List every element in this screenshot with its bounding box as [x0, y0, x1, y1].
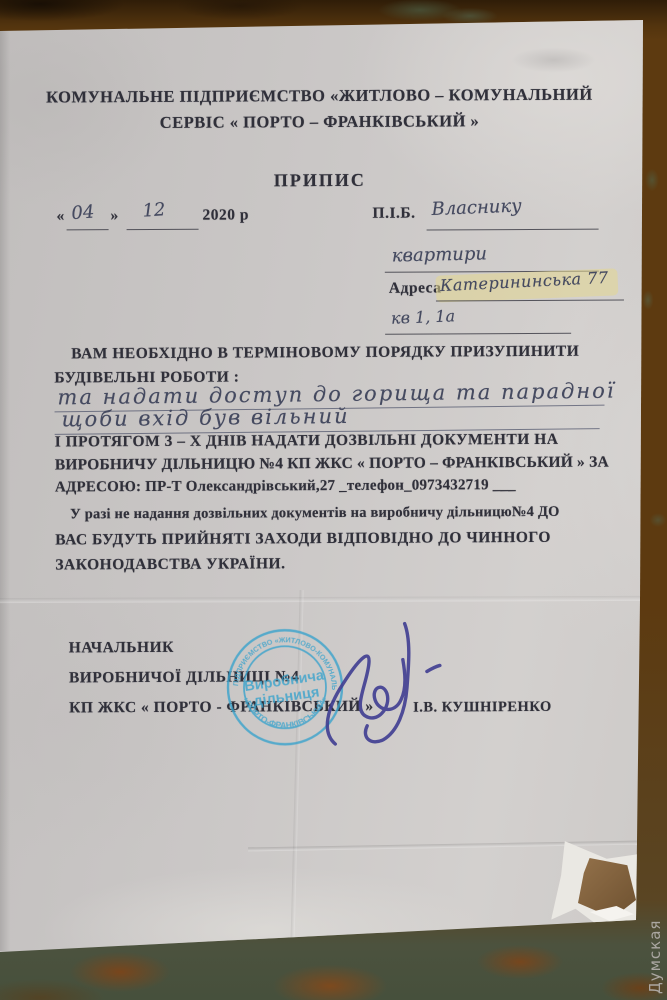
address-blank-line — [436, 299, 624, 301]
demand-paragraph-line-1: ВАМ НЕОБХІДНО В ТЕРМІНОВОМУ ПОРЯДКУ ПРИЗ… — [71, 343, 579, 364]
photo-of-posted-notice: КОМУНАЛЬНЕ ПІДПРИЄМСТВО «ЖИТЛОВО – КОМУН… — [0, 0, 667, 1000]
signature-autograph — [313, 611, 454, 752]
deadline-paragraph-line-3: АДРЕСОЮ: ПР-Т Олександрівський,27 _телеф… — [55, 477, 516, 496]
document-title: ПРИПИС — [0, 168, 641, 192]
recipient-blank-line — [427, 229, 599, 231]
date-quote-open: « — [56, 207, 64, 225]
warning-paragraph-line-1: У разі не надання дозвільних документів … — [70, 504, 560, 524]
org-name-line-2: СЕРВІС « ПОРТО – ФРАНКІВСЬКИЙ » — [0, 110, 641, 133]
recipient-handwritten-line-1: Власнику — [431, 195, 522, 220]
document-content: КОМУНАЛЬНЕ ПІДПРИЄМСТВО «ЖИТЛОВО – КОМУН… — [0, 0, 667, 1000]
apartment-blank-line — [385, 333, 571, 335]
signature-stroke-dash — [427, 665, 440, 671]
date-quote-close: » — [110, 207, 118, 225]
date-day-handwritten: 04 — [71, 201, 95, 224]
deadline-paragraph-line-1: І ПРОТЯГОМ 3 – Х ДНІВ НАДАТИ ДОЗВІЛЬНІ Д… — [55, 431, 559, 452]
date-month-blank-line — [127, 229, 199, 230]
signatory-position-line-1: НАЧАЛЬНИК — [69, 639, 174, 658]
press-watermark: Думская — [646, 886, 664, 994]
date-year: 2020 р — [202, 206, 249, 224]
warning-paragraph-line-2: ВАС БУДУТЬ ПРИЙНЯТІ ЗАХОДИ ВІДПОВІДНО ДО… — [55, 529, 551, 550]
address-label: Адреса — [389, 279, 442, 297]
recipient-label: П.І.Б. — [372, 205, 415, 223]
signature-stroke-tail — [365, 624, 409, 742]
handwritten-note-line-2: щоби вхід був вільний — [61, 404, 349, 432]
deadline-paragraph-line-2: ВИРОБНИЧУ ДІЛЬНИЦЮ №4 КП ЖКС « ПОРТО – Ф… — [55, 454, 609, 475]
org-name-line-1: КОМУНАЛЬНЕ ПІДПРИЄМСТВО «ЖИТЛОВО – КОМУН… — [0, 84, 641, 107]
recipient-handwritten-line-2: квартири — [391, 243, 487, 266]
apartment-handwritten-value: кв 1, 1а — [391, 306, 456, 328]
date-month-handwritten: 12 — [142, 199, 166, 221]
date-day-blank-line — [67, 229, 109, 230]
warning-paragraph-line-3: ЗАКОНОДАВСТВА УКРАЇНИ. — [55, 555, 285, 574]
